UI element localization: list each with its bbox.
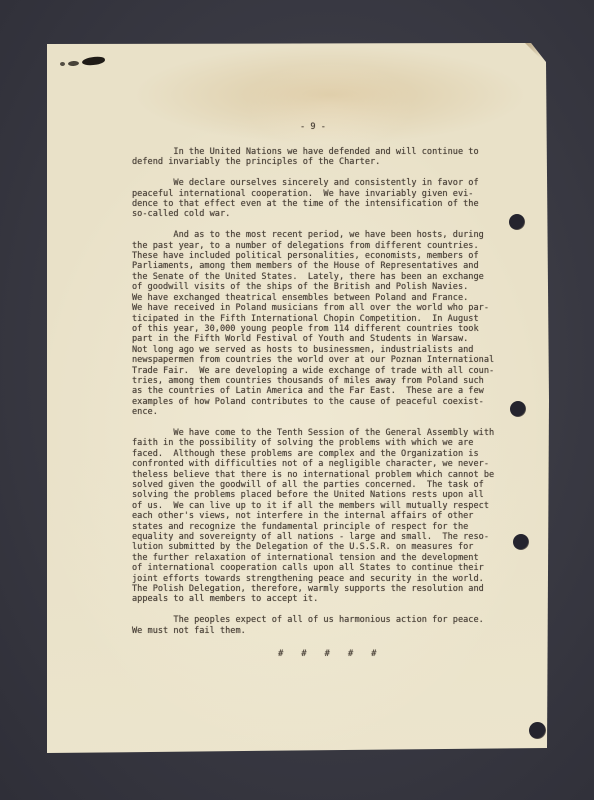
typed-text: In the United Nations we have defended a… [132,147,512,636]
scanner-background: - 9 - In the United Nations we have defe… [0,0,594,800]
ink-smudge [68,61,79,67]
page-number: - 9 - [300,122,326,133]
corner-fold-crease [525,43,549,67]
punch-hole [529,722,546,739]
document-page: - 9 - In the United Nations we have defe… [0,0,594,800]
punch-hole [513,534,529,550]
ink-smudge [82,56,106,66]
end-marks: # # # # # [278,649,377,659]
ink-smudge [60,62,65,66]
punch-hole [509,214,525,230]
punch-hole [510,401,526,417]
